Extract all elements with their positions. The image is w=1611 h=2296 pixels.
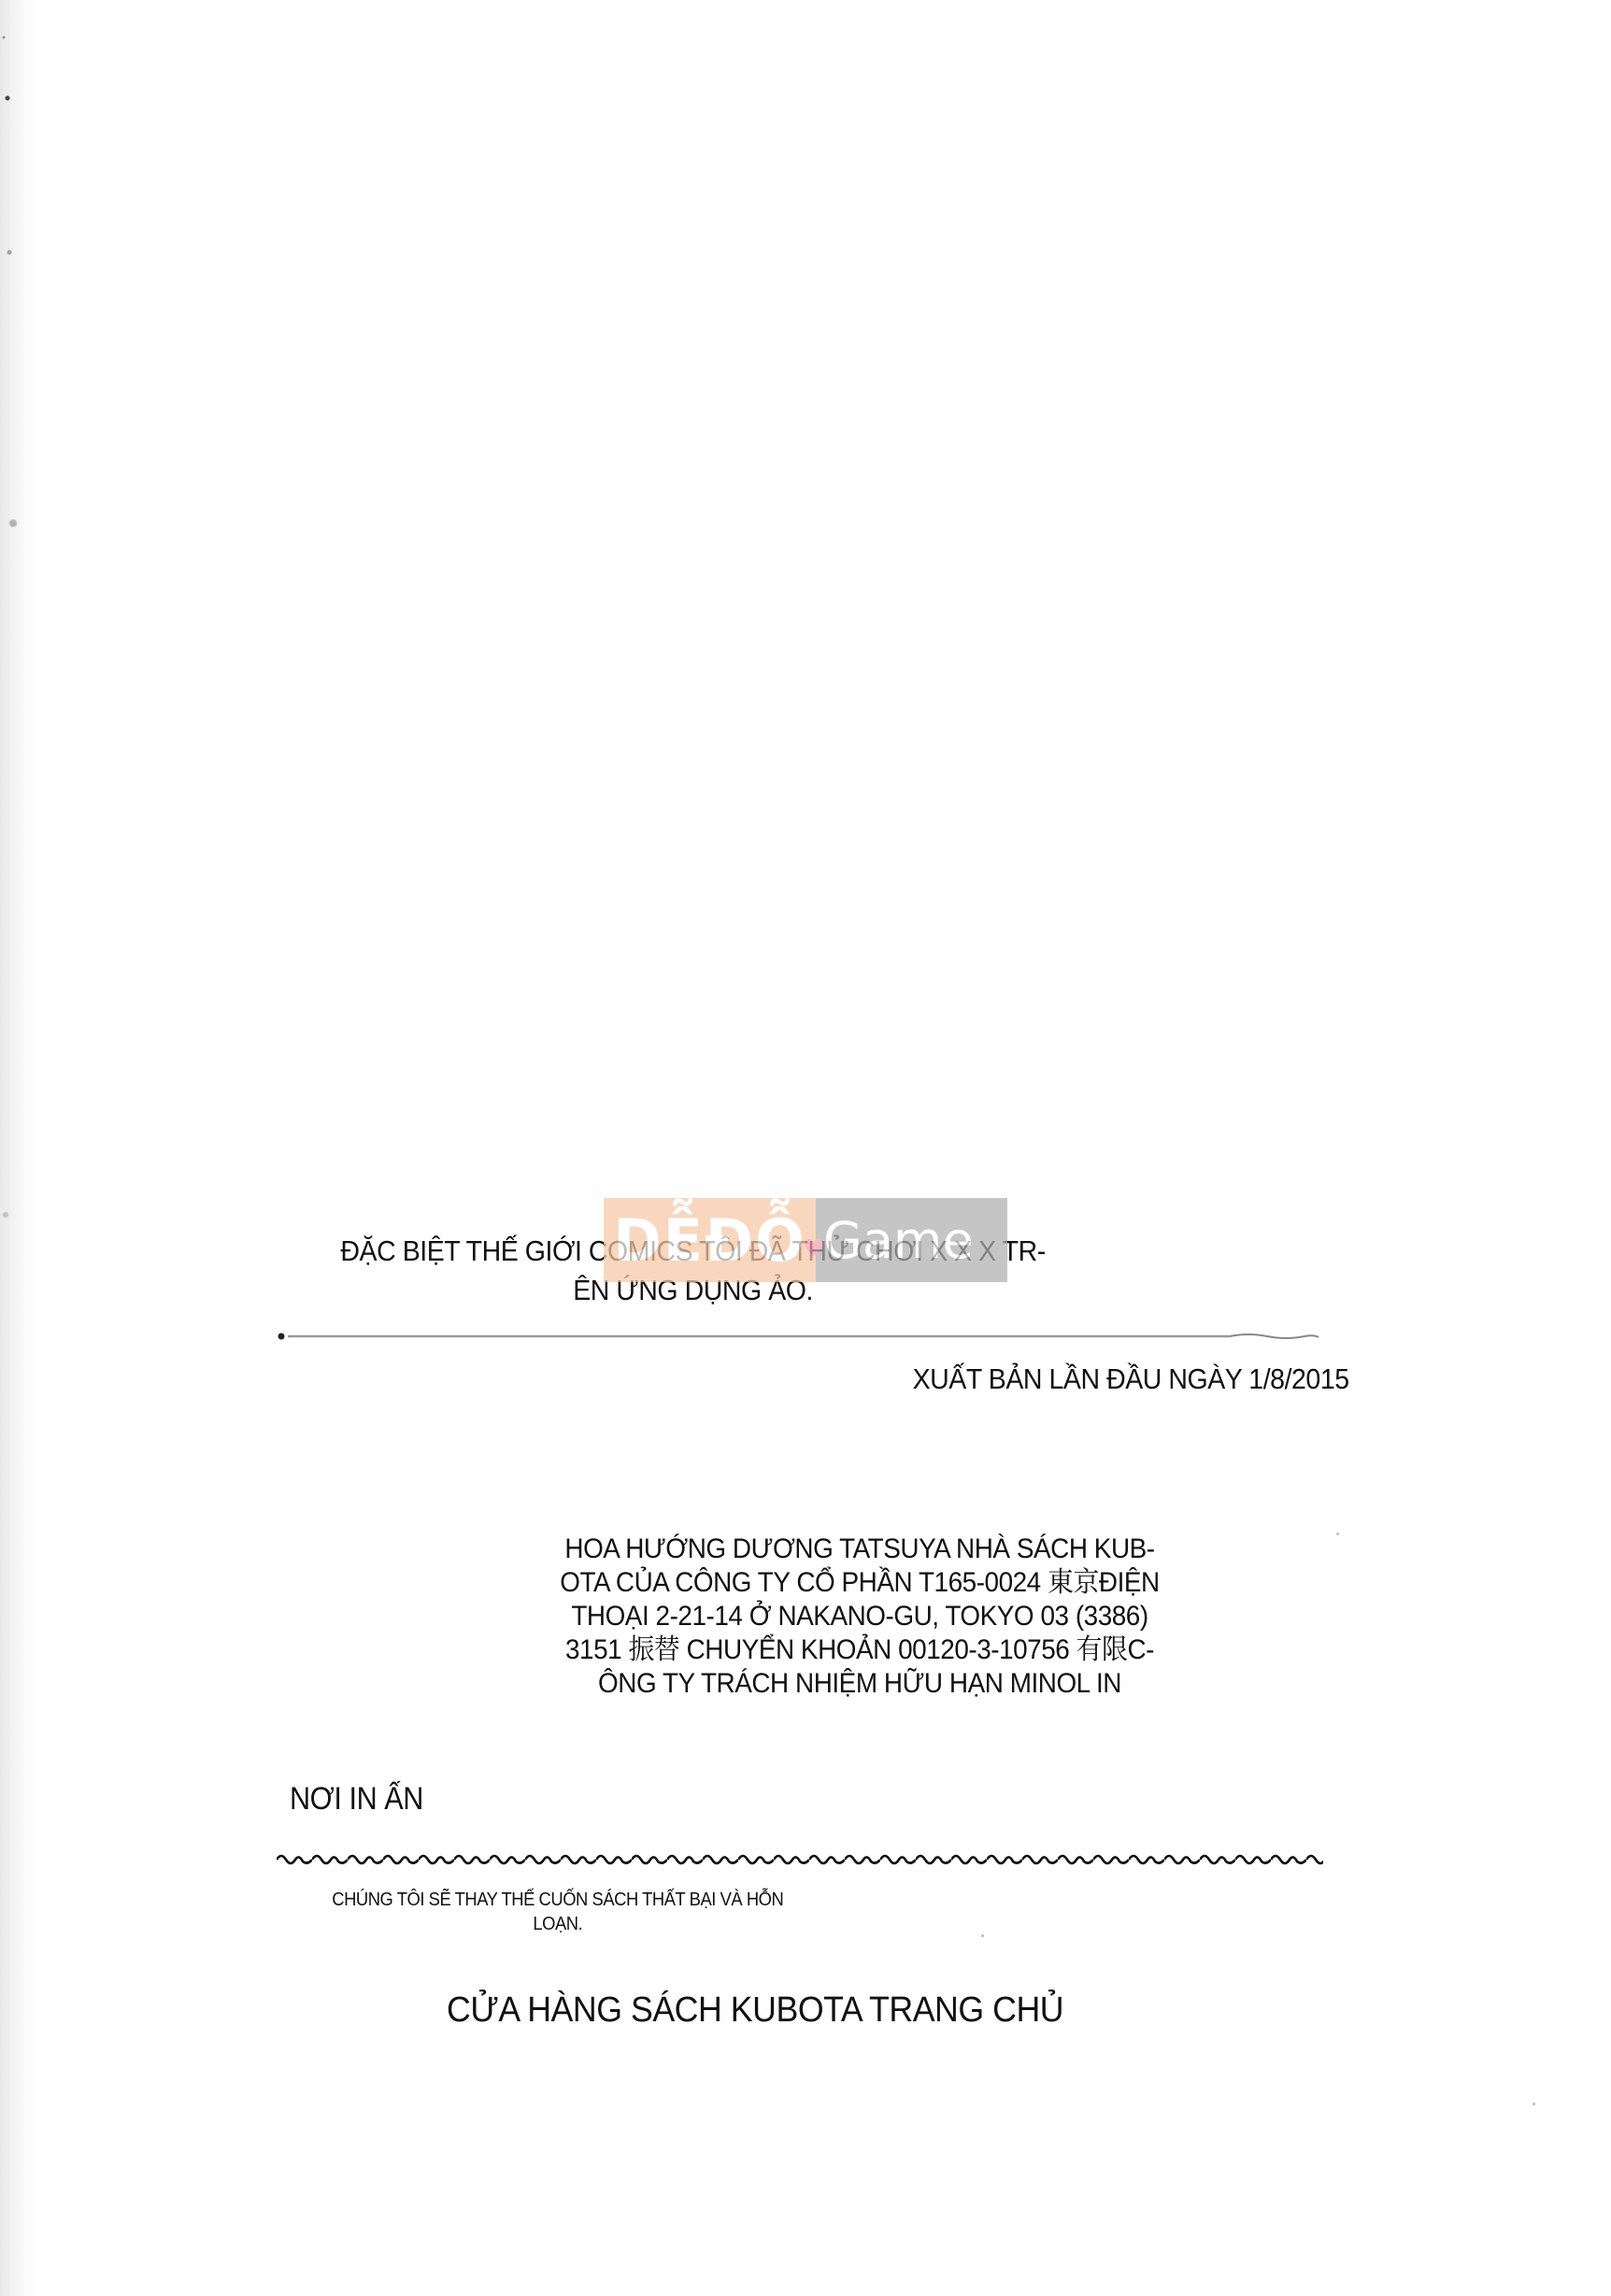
publisher-address: HOA HƯỚNG DƯƠNG TATSUYA NHÀ SÁCH KUB- OT… bbox=[512, 1533, 1207, 1701]
watermark-logo-text: DỄĐỖ bbox=[604, 1198, 816, 1282]
address-line-4: 3151 振替 CHUYỂN KHOẢN 00120-3-10756 有限C- bbox=[512, 1633, 1207, 1667]
address-line-3: THOẠI 2-21-14 Ở NAKANO-GU, TOKYO 03 (338… bbox=[512, 1600, 1207, 1633]
watermark-game-text: Game bbox=[823, 1211, 974, 1270]
site-watermark[interactable]: DỄĐỖ ♥ Game bbox=[604, 1198, 1007, 1282]
ornamental-divider-wave bbox=[277, 1850, 1323, 1867]
scan-speck bbox=[1533, 2103, 1535, 2105]
watermark-game-label: ♥ Game bbox=[816, 1198, 1007, 1282]
scanned-page-edge bbox=[0, 0, 37, 2296]
notice-line-2: LOẠN. bbox=[308, 1912, 807, 1936]
address-line-5: ÔNG TY TRÁCH NHIỆM HỮU HẠN MINOL IN bbox=[512, 1667, 1207, 1701]
scan-speck bbox=[981, 1934, 984, 1937]
printer-label: NƠI IN ẤN bbox=[290, 1781, 423, 1818]
ornamental-divider-top bbox=[277, 1333, 1323, 1340]
replacement-notice: CHÚNG TÔI SẼ THAY THẾ CUỐN SÁCH THẤT BẠI… bbox=[308, 1888, 807, 1936]
address-line-2: OTA CỦA CÔNG TY CỔ PHẦN T165-0024 東京ĐIỆN bbox=[512, 1566, 1207, 1600]
address-line-1: HOA HƯỚNG DƯƠNG TATSUYA NHÀ SÁCH KUB- bbox=[512, 1533, 1207, 1566]
scan-speck bbox=[1336, 1533, 1339, 1535]
heart-icon: ♥ bbox=[803, 1235, 824, 1263]
publisher-homepage-label: CỬA HÀNG SÁCH KUBOTA TRANG CHỦ bbox=[447, 1990, 1063, 2031]
first-publication-date: XUẤT BẢN LẦN ĐẦU NGÀY 1/8/2015 bbox=[913, 1362, 1349, 1396]
notice-line-1: CHÚNG TÔI SẼ THAY THẾ CUỐN SÁCH THẤT BẠI… bbox=[308, 1888, 807, 1912]
